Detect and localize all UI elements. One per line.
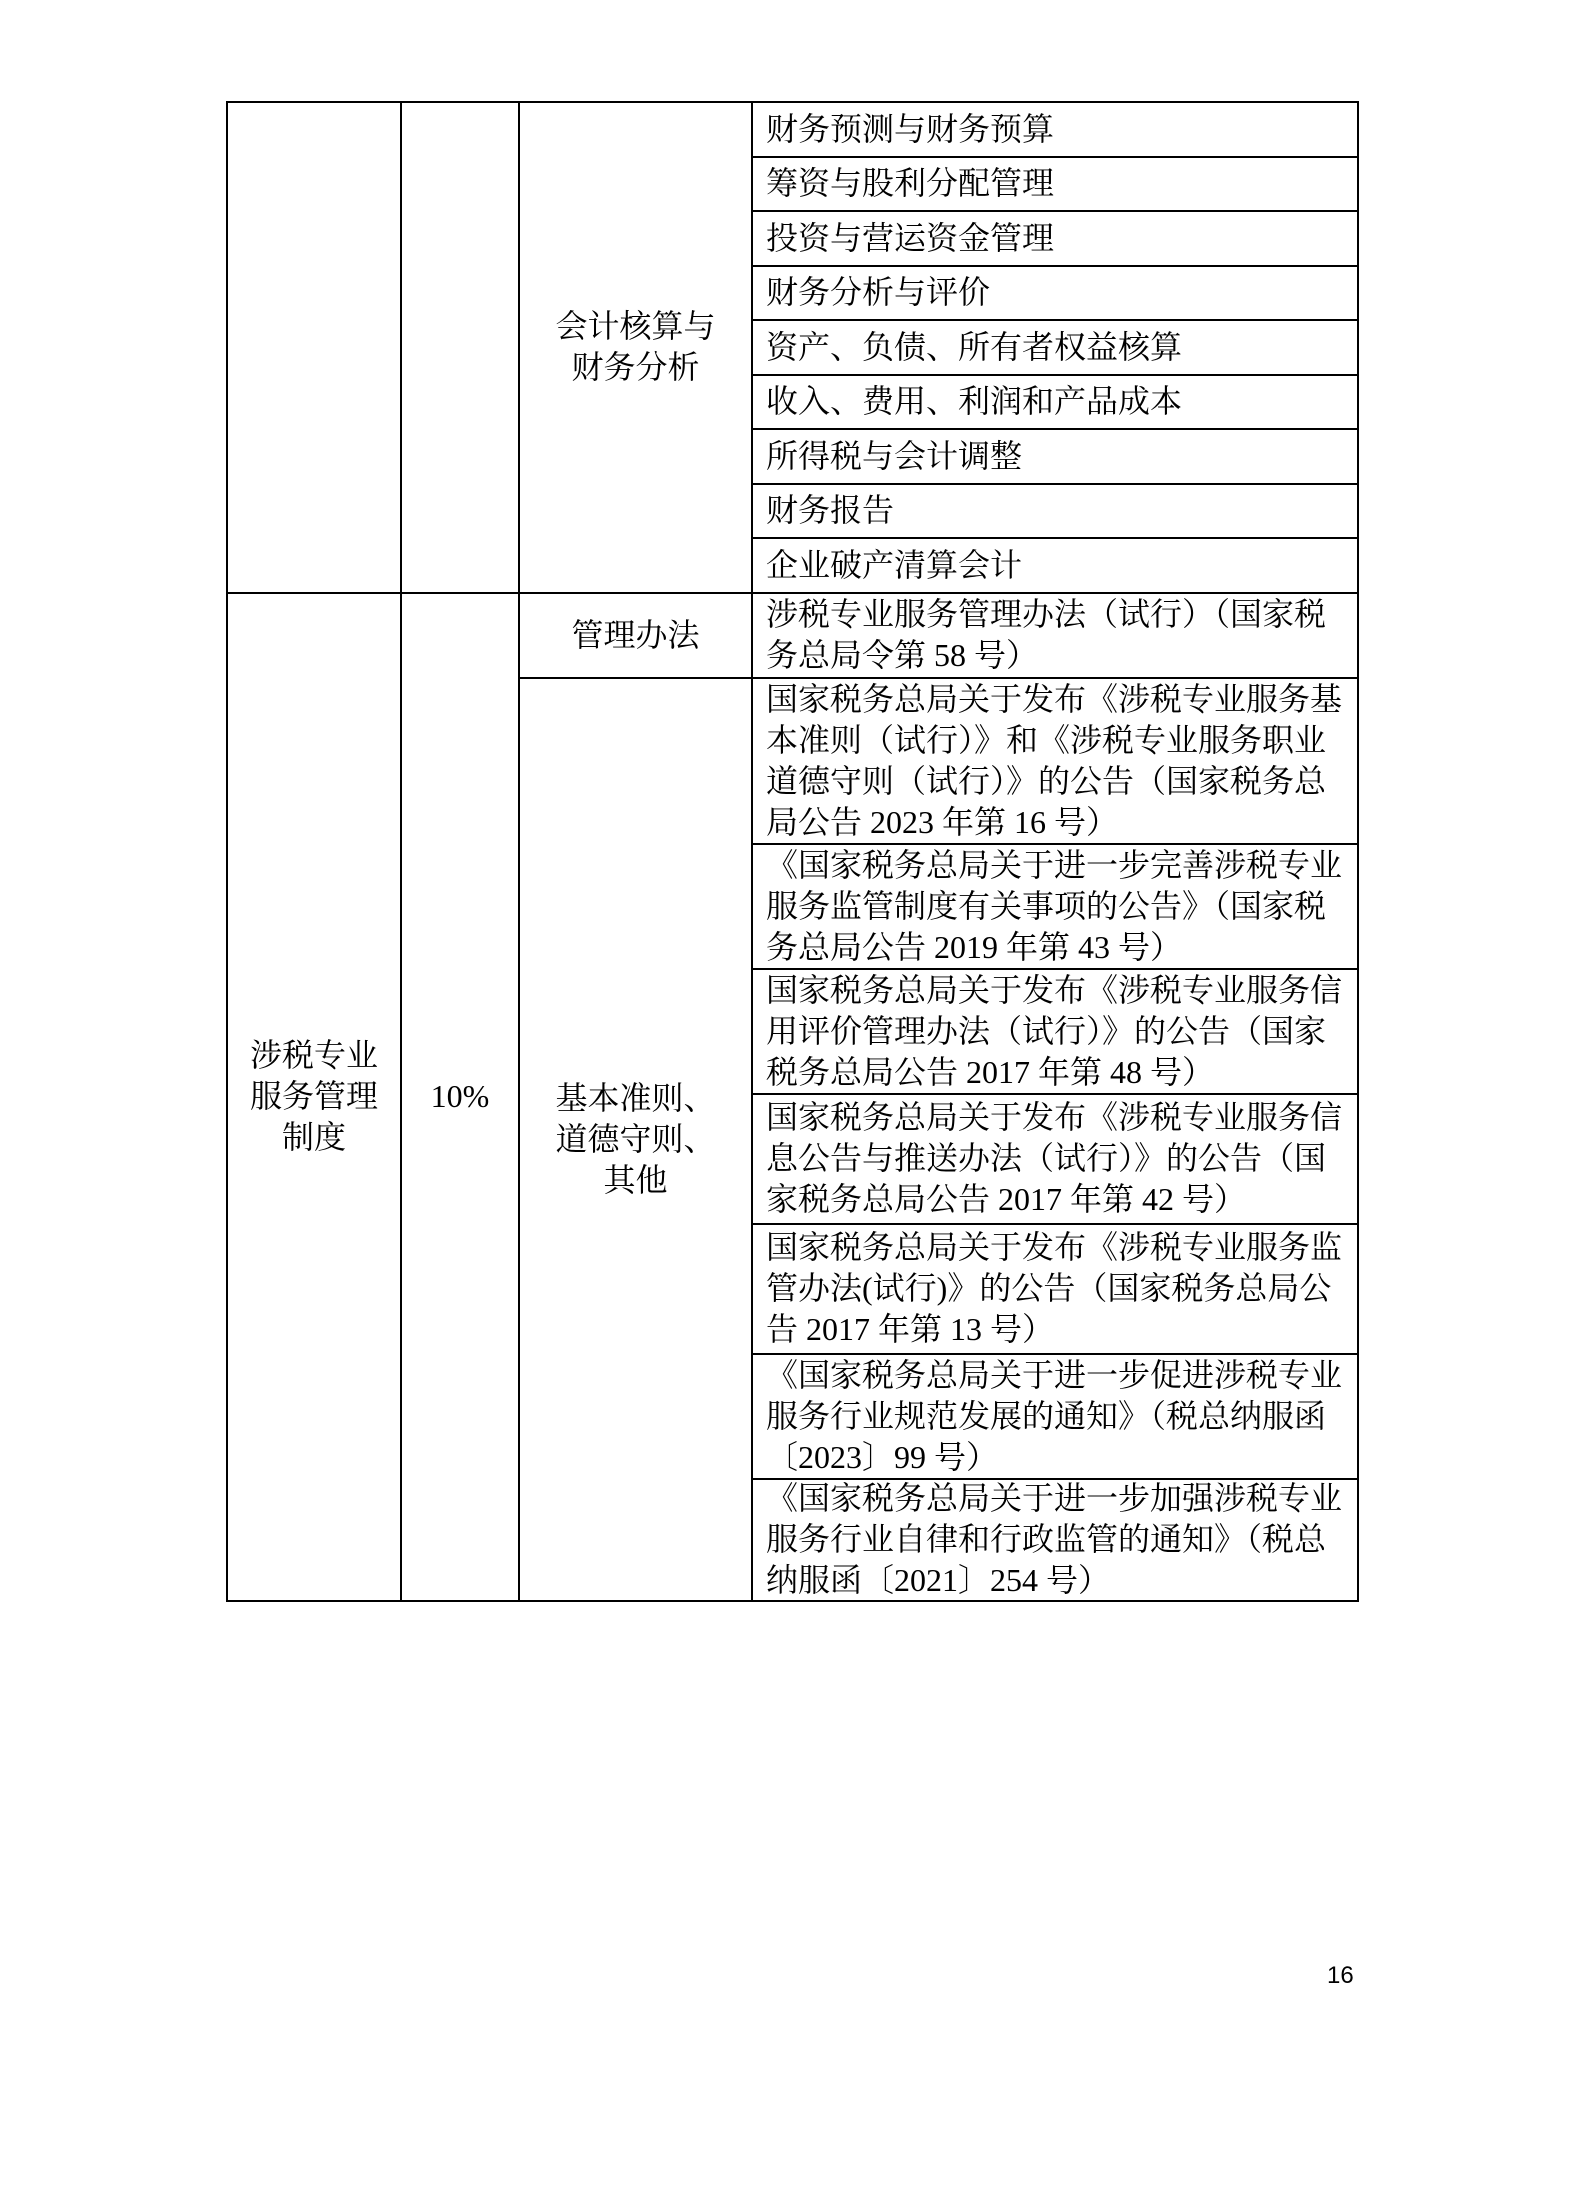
regulation-cell: 国家税务总局关于发布《涉税专业服务信用评价管理办法（试行）》的公告（国家税务总局…: [753, 970, 1359, 1095]
category-cell: 涉税专业 服务管理 制度: [228, 594, 402, 1602]
topic-cell: 收入、费用、利润和产品成本: [753, 376, 1359, 431]
regulation-cell: 国家税务总局关于发布《涉税专业服务监管办法(试行)》的公告（国家税务总局公告 2…: [753, 1225, 1359, 1355]
weight-cell-empty: [402, 103, 520, 594]
regulation-cell: 国家税务总局关于发布《涉税专业服务基本准则（试行）》和《涉税专业服务职业道德守则…: [753, 679, 1359, 845]
subcategory-cell: 基本准则、 道德守则、 其他: [520, 679, 753, 1602]
topic-cell: 财务预测与财务预算: [753, 103, 1359, 158]
topic-cell: 筹资与股利分配管理: [753, 158, 1359, 213]
category-cell-empty: [228, 103, 402, 594]
regulation-cell: 国家税务总局关于发布《涉税专业服务信息公告与推送办法（试行）》的公告（国家税务总…: [753, 1095, 1359, 1225]
topic-cell: 财务分析与评价: [753, 267, 1359, 322]
syllabus-table: 会计核算与 财务分析 财务预测与财务预算 筹资与股利分配管理 投资与营运资金管理…: [226, 101, 1359, 1602]
regulation-cell: 涉税专业服务管理办法（试行）（国家税务总局令第 58 号）: [753, 594, 1359, 679]
topic-cell: 财务报告: [753, 485, 1359, 540]
subcategory-cell: 管理办法: [520, 594, 753, 679]
topic-cell: 资产、负债、所有者权益核算: [753, 321, 1359, 376]
document-page: 会计核算与 财务分析 财务预测与财务预算 筹资与股利分配管理 投资与营运资金管理…: [0, 0, 1587, 2185]
weight-cell: 10%: [402, 594, 520, 1602]
topic-cell: 企业破产清算会计: [753, 539, 1359, 594]
regulation-cell: 《国家税务总局关于进一步完善涉税专业服务监管制度有关事项的公告》（国家税务总局公…: [753, 845, 1359, 970]
regulation-cell: 《国家税务总局关于进一步促进涉税专业服务行业规范发展的通知》（税总纳服函〔202…: [753, 1355, 1359, 1480]
page-number: 16: [1327, 1962, 1354, 1990]
regulation-cell: 《国家税务总局关于进一步加强涉税专业服务行业自律和行政监管的通知》（税总纳服函〔…: [753, 1480, 1359, 1602]
topic-cell: 所得税与会计调整: [753, 430, 1359, 485]
subcategory-cell: 会计核算与 财务分析: [520, 103, 753, 594]
topic-cell: 投资与营运资金管理: [753, 212, 1359, 267]
